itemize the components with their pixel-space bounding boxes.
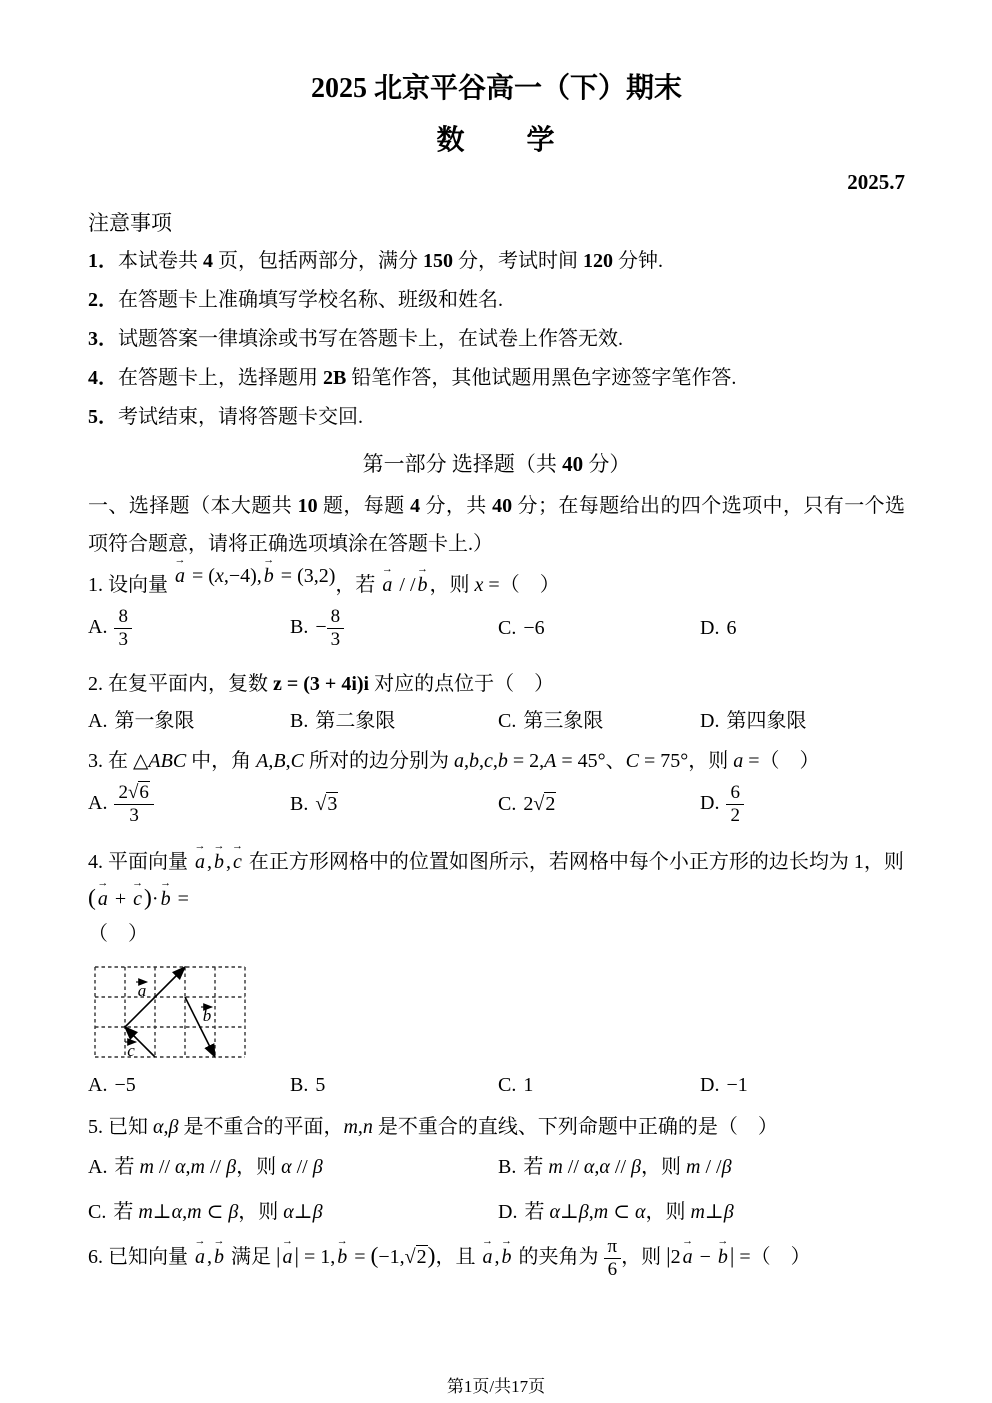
question-1-stem: 1. 设向量 a = (x,−4),b = (3,2)，若 a / /b，则 x… <box>88 569 905 602</box>
option-label: D. <box>700 792 719 814</box>
option-label: A. <box>88 792 107 814</box>
question-5-option-d: D.若 α⊥β,m ⊂ α，则 m⊥β <box>498 1195 905 1224</box>
option-value: 第一象限 <box>114 710 194 732</box>
question-2-options: A.第一象限 B.第二象限 C.第三象限 D.第四象限 <box>88 701 905 735</box>
vector-label-b: b <box>203 1006 212 1025</box>
question-4-option-b: B.5 <box>290 1074 498 1097</box>
option-label: D. <box>700 710 719 732</box>
note-item-2: 2．在答题卡上准确填写学校名称、班级和姓名. <box>88 281 905 320</box>
question-3-option-b: B.√3 <box>290 793 498 816</box>
question-4-option-c: C.1 <box>498 1074 700 1097</box>
page-title: 2025 北京平谷高一（下）期末 <box>88 74 905 104</box>
question-4: 4. 平面向量 a,b,c 在正方形网格中的位置如图所示，若网格中每个小正方形的… <box>88 846 905 1103</box>
option-value: √3 <box>315 792 338 815</box>
question-2: 2. 在复平面内，复数 z = (3 + 4i)i 对应的点位于（ ） A.第一… <box>88 668 905 735</box>
option-value: 若 m⊥α,m ⊂ β，则 α⊥β <box>113 1201 322 1223</box>
question-3: 3. 在 △ABC 中，角 A,B,C 所对的边分别为 a,b,c,b = 2,… <box>88 745 905 830</box>
option-value: 5 <box>315 1074 325 1096</box>
option-value: −83 <box>315 616 344 638</box>
option-value: 第三象限 <box>523 710 603 732</box>
option-value: −1 <box>726 1074 747 1096</box>
option-value: 83 <box>114 616 132 638</box>
note-item-4: 4．在答题卡上，选择题用 2B 铅笔作答，其他试题用黑色字迹签字笔作答. <box>88 359 905 398</box>
question-6: 6. 已知向量 a,b 满足 |a| = 1,b = (−1,√2)，且 a,b… <box>88 1236 905 1281</box>
question-2-option-a: A.第一象限 <box>88 704 290 733</box>
question-2-option-b: B.第二象限 <box>290 704 498 733</box>
option-label: D. <box>700 1074 719 1096</box>
question-3-option-c: C.2√2 <box>498 793 700 816</box>
option-label: C. <box>498 617 516 639</box>
option-label: C. <box>498 1074 516 1096</box>
question-1: 1. 设向量 a = (x,−4),b = (3,2)，若 a / /b，则 x… <box>88 569 905 654</box>
question-1-option-b: B.−83 <box>290 606 498 651</box>
question-3-stem: 3. 在 △ABC 中，角 A,B,C 所对的边分别为 a,b,c,b = 2,… <box>88 745 905 778</box>
vector-label-a: a <box>138 981 147 1000</box>
option-value: −5 <box>114 1074 135 1096</box>
subject-title: 数 学 <box>88 126 905 156</box>
option-value: 62 <box>726 792 744 814</box>
option-label: A. <box>88 1156 107 1178</box>
exam-page: 2025 北京平谷高一（下）期末 数 学 2025.7 注意事项 1．本试卷共 … <box>0 0 992 1403</box>
question-5: 5. 已知 α,β 是不重合的平面，m,n 是不重合的直线、下列命题中正确的是（… <box>88 1111 905 1224</box>
question-5-option-a: A.若 m // α,m // β，则 α // β <box>88 1150 498 1179</box>
question-1-option-c: C.−6 <box>498 617 700 640</box>
notes-list: 1．本试卷共 4 页，包括两部分，满分 150 分，考试时间 120 分钟. 2… <box>88 242 905 437</box>
question-1-option-d: D.6 <box>700 617 905 640</box>
question-3-option-a: A.2√63 <box>88 782 290 827</box>
option-label: A. <box>88 710 107 732</box>
notes-heading: 注意事项 <box>88 210 905 236</box>
question-5-option-b: B.若 m // α,α // β，则 m / /β <box>498 1150 905 1179</box>
option-label: A. <box>88 616 107 638</box>
option-label: B. <box>290 793 308 815</box>
option-label: B. <box>290 710 308 732</box>
question-4-stem: 4. 平面向量 a,b,c 在正方形网格中的位置如图所示，若网格中每个小正方形的… <box>88 846 905 918</box>
option-label: B. <box>290 1074 308 1096</box>
question-4-option-a: A.−5 <box>88 1074 290 1097</box>
vector-grid-svg: abc <box>90 959 256 1063</box>
option-value: 若 m // α,α // β，则 m / /β <box>523 1156 731 1178</box>
question-1-options: A.83 B.−83 C.−6 D.6 <box>88 602 905 654</box>
option-label: C. <box>498 710 516 732</box>
vector-grid-figure: abc <box>90 959 905 1069</box>
option-value: 第二象限 <box>315 710 395 732</box>
option-label: D. <box>498 1201 517 1223</box>
option-label: A. <box>88 1074 107 1096</box>
question-5-stem: 5. 已知 α,β 是不重合的平面，m,n 是不重合的直线、下列命题中正确的是（… <box>88 1111 905 1144</box>
question-5-options: A.若 m // α,m // β，则 α // β B.若 m // α,α … <box>88 1150 905 1224</box>
question-4-stem-line2: （ ） <box>88 918 905 951</box>
part1-heading: 第一部分 选择题（共 40 分） <box>88 449 905 479</box>
exam-date: 2025.7 <box>88 170 905 194</box>
question-4-options: A.−5 B.5 C.1 D.−1 <box>88 1069 905 1103</box>
part1-intro: 一、选择题（本大题共 10 题，每题 4 分，共 40 分；在每题给出的四个选项… <box>88 487 905 563</box>
vector-label-c: c <box>127 1041 135 1060</box>
option-value: 第四象限 <box>726 710 806 732</box>
note-item-5: 5．考试结束，请将答题卡交回. <box>88 398 905 437</box>
question-3-option-d: D.62 <box>700 782 905 827</box>
option-label: D. <box>700 617 719 639</box>
option-value: 2√63 <box>114 792 153 814</box>
question-2-option-d: D.第四象限 <box>700 704 905 733</box>
question-4-option-d: D.−1 <box>700 1074 905 1097</box>
option-value: −6 <box>523 617 544 639</box>
question-3-options: A.2√63 B.√3 C.2√2 D.62 <box>88 778 905 830</box>
option-value: 1 <box>523 1074 533 1096</box>
question-6-stem: 6. 已知向量 a,b 满足 |a| = 1,b = (−1,√2)，且 a,b… <box>88 1236 905 1281</box>
option-label: C. <box>88 1201 106 1223</box>
option-value: 6 <box>726 617 736 639</box>
option-label: B. <box>498 1156 516 1178</box>
page-footer: 第1页/共17页 <box>0 1372 992 1397</box>
note-item-3: 3．试题答案一律填涂或书写在答题卡上，在试卷上作答无效. <box>88 320 905 359</box>
option-value: 若 m // α,m // β，则 α // β <box>114 1156 322 1178</box>
option-label: C. <box>498 793 516 815</box>
option-label: B. <box>290 616 308 638</box>
question-2-option-c: C.第三象限 <box>498 704 700 733</box>
question-5-option-c: C.若 m⊥α,m ⊂ β，则 α⊥β <box>88 1195 498 1224</box>
question-1-option-a: A.83 <box>88 606 290 651</box>
option-value: 2√2 <box>523 792 556 815</box>
option-value: 若 α⊥β,m ⊂ α，则 m⊥β <box>524 1201 733 1223</box>
question-2-stem: 2. 在复平面内，复数 z = (3 + 4i)i 对应的点位于（ ） <box>88 668 905 701</box>
note-item-1: 1．本试卷共 4 页，包括两部分，满分 150 分，考试时间 120 分钟. <box>88 242 905 281</box>
